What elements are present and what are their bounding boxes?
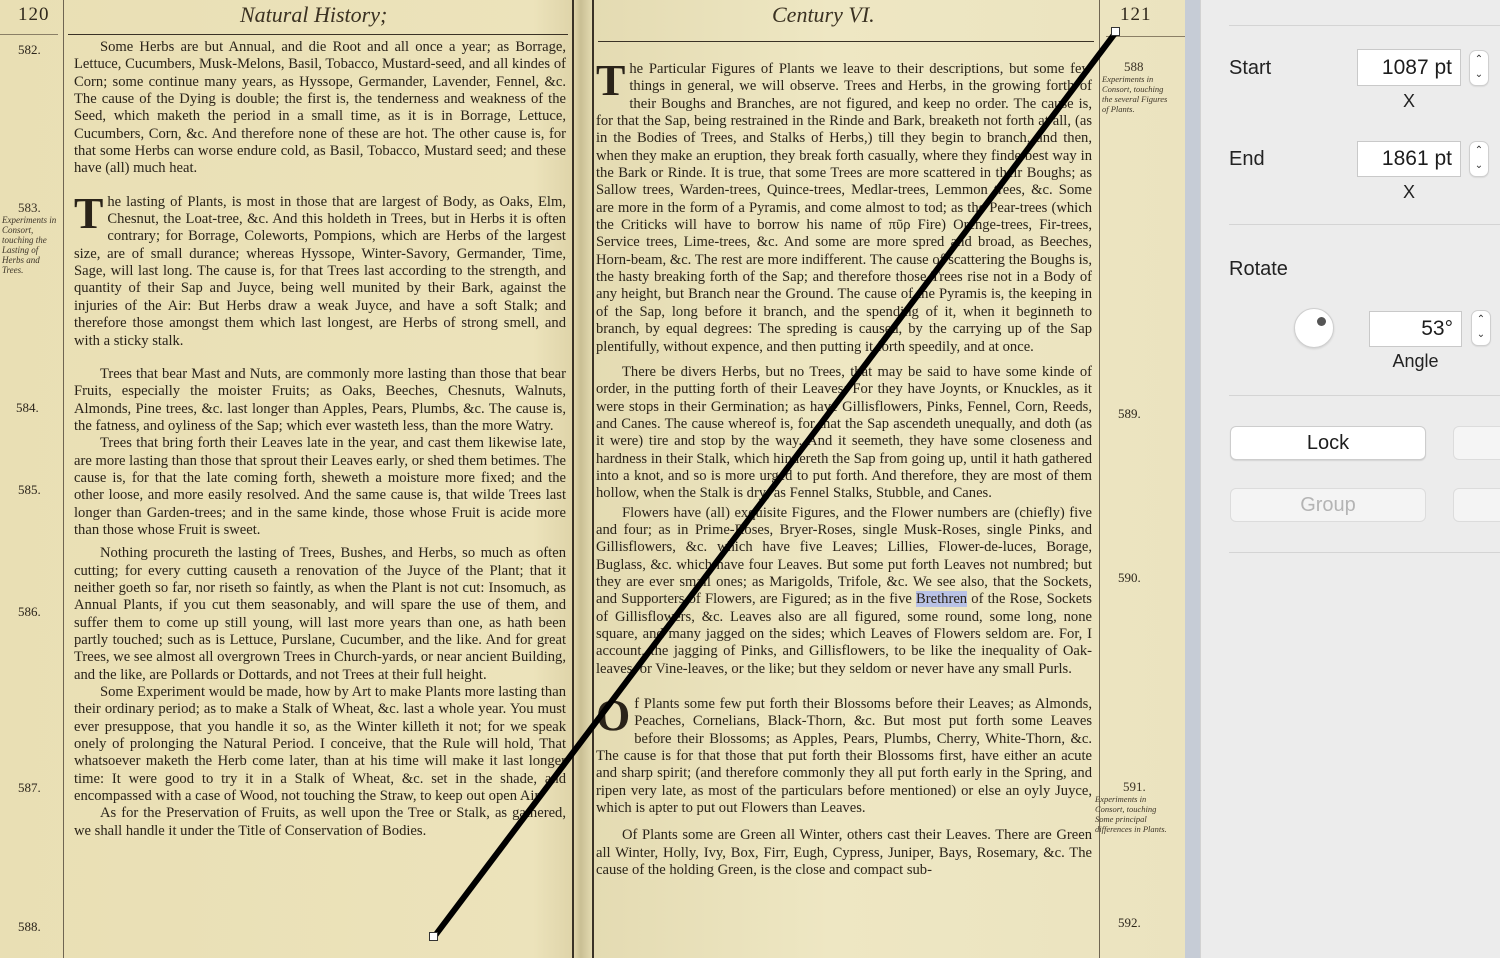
chevron-down-icon[interactable]: ⌄ [1470, 67, 1488, 84]
rotate-dial-knob[interactable] [1317, 317, 1326, 326]
divider [1229, 25, 1500, 26]
rotate-label: Rotate [1229, 258, 1288, 281]
start-x-stepper[interactable]: ⌃ ⌄ [1469, 50, 1489, 86]
group-button[interactable]: Group [1230, 488, 1426, 522]
chevron-down-icon[interactable]: ⌄ [1470, 158, 1488, 175]
start-label: Start [1229, 57, 1271, 80]
end-label: End [1229, 148, 1265, 171]
line-end-handle[interactable] [429, 932, 438, 941]
rotate-dial[interactable] [1294, 308, 1334, 348]
lock-button[interactable]: Lock [1230, 426, 1426, 460]
divider [1229, 552, 1500, 553]
line-shape[interactable] [0, 0, 1200, 958]
angle-field[interactable]: 53° [1369, 311, 1462, 347]
angle-label: Angle [1369, 351, 1462, 372]
end-x-field[interactable]: 1861 pt [1357, 141, 1461, 177]
arrange-inspector-panel: Start 1087 pt ⌃ ⌄ X End 1861 pt ⌃ ⌄ X Ro… [1200, 0, 1500, 958]
line-start-handle[interactable] [1111, 27, 1120, 36]
start-x-field[interactable]: 1087 pt [1357, 49, 1461, 86]
chevron-down-icon[interactable]: ⌄ [1472, 327, 1490, 344]
end-x-axis-label: X [1357, 182, 1461, 203]
divider [1229, 395, 1500, 396]
start-x-axis-label: X [1357, 91, 1461, 112]
ungroup-button[interactable] [1453, 488, 1500, 522]
document-canvas[interactable]: 120 Natural History; 582. 583. Experimen… [0, 0, 1200, 958]
angle-stepper[interactable]: ⌃ ⌄ [1471, 310, 1491, 346]
end-x-stepper[interactable]: ⌃ ⌄ [1469, 141, 1489, 177]
divider [1229, 224, 1500, 225]
unlock-button[interactable] [1453, 426, 1500, 460]
